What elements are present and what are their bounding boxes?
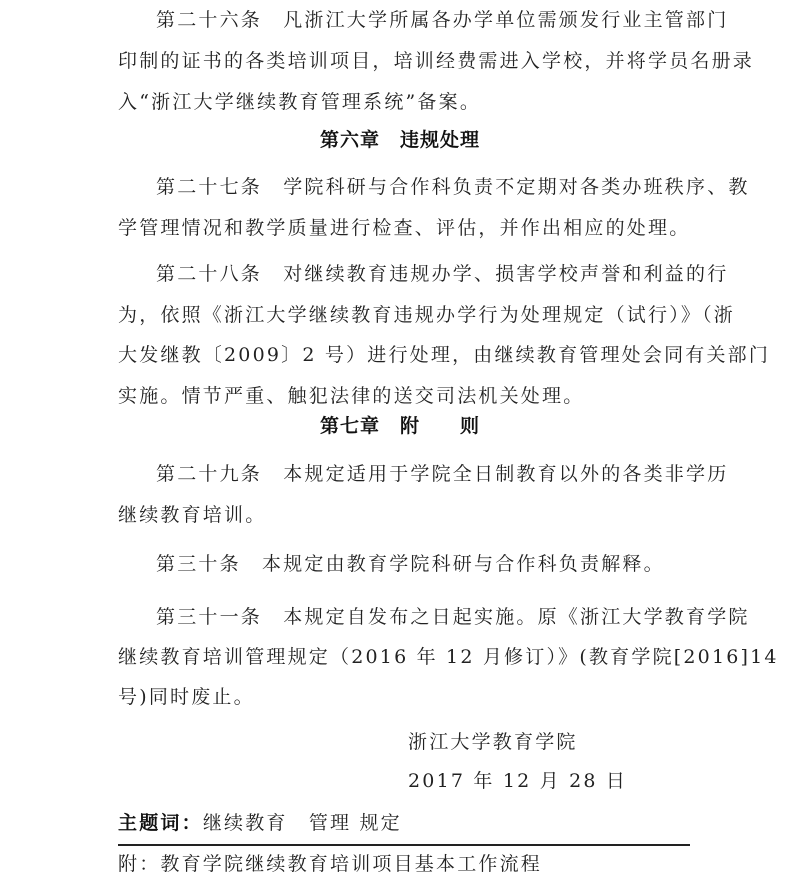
document-page: 第二十六条 凡浙江大学所属各办学单位需颁发行业主管部门 印制的证书的各类培训项目… [0, 0, 800, 881]
article-28-line-2: 为，依照《浙江大学继续教育违规办学行为处理规定（试行）》（浙 [118, 303, 735, 327]
article-31-line-1: 第三十一条 本规定自发布之日起实施。原《浙江大学教育学院 [156, 605, 750, 629]
article-27-line-2: 学管理情况和教学质量进行检查、评估，并作出相应的处理。 [118, 216, 690, 240]
article-29-line-1: 第二十九条 本规定适用于学院全日制教育以外的各类非学历 [156, 462, 728, 486]
signature-date: 2017 年 12 月 28 日 [408, 769, 627, 793]
article-26-line-3: 入“浙江大学继续教育管理系统”备案。 [118, 90, 481, 114]
article-30-line-1: 第三十条 本规定由教育学院科研与合作科负责解释。 [156, 552, 665, 576]
keywords-label: 主题词： [118, 812, 203, 834]
article-28-line-1: 第二十八条 对继续教育违规办学、损害学校声誉和利益的行 [156, 262, 728, 286]
chapter-7-heading: 第七章 附 则 [0, 414, 800, 438]
attachment-note: 附：教育学院继续教育培训项目基本工作流程 [118, 852, 542, 876]
article-28-line-3: 大发继教〔2009〕2 号）进行处理，由继续教育管理处会同有关部门 [118, 343, 770, 367]
divider-line [118, 844, 690, 846]
article-28-line-4: 实施。情节严重、触犯法律的送交司法机关处理。 [118, 384, 584, 408]
keywords-value: 继续教育 管理 规定 [203, 812, 402, 834]
keywords-row: 主题词：继续教育 管理 规定 [118, 811, 402, 835]
article-26-line-2: 印制的证书的各类培训项目，培训经费需进入学校，并将学员名册录 [118, 49, 754, 73]
signature-organization: 浙江大学教育学院 [408, 730, 578, 754]
article-29-line-2: 继续教育培训。 [118, 503, 266, 527]
article-31-line-2: 继续教育培训管理规定（2016 年 12 月修订）》(教育学院[2016]14 [118, 645, 779, 669]
article-31-line-3: 号)同时废止。 [118, 685, 255, 709]
article-26-line-1: 第二十六条 凡浙江大学所属各办学单位需颁发行业主管部门 [156, 8, 728, 32]
chapter-6-heading: 第六章 违规处理 [0, 128, 800, 152]
article-27-line-1: 第二十七条 学院科研与合作科负责不定期对各类办班秩序、教 [156, 175, 750, 199]
